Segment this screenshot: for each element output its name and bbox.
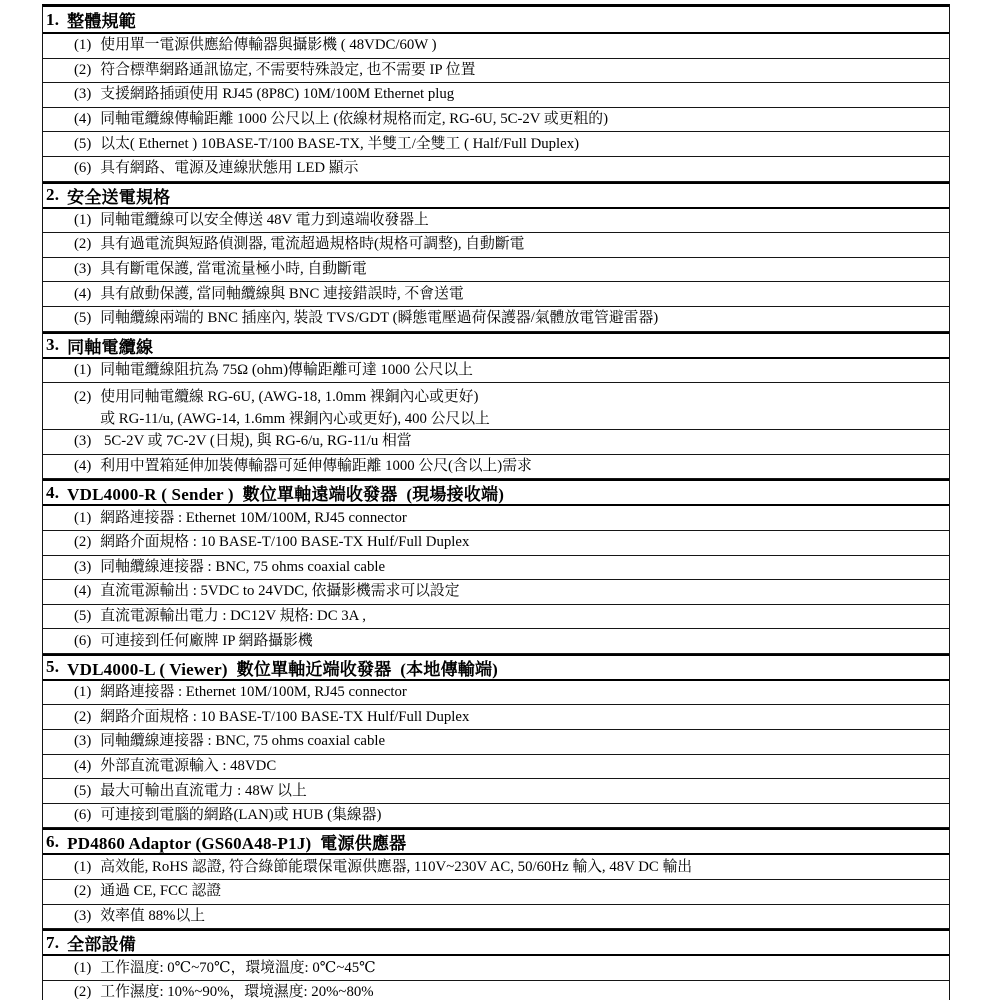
item-number: (3) (74, 731, 91, 752)
item-text: 效率值 88%以上 (100, 906, 205, 927)
item-number: (2) (74, 707, 91, 728)
spec-item-row: (2)網路介面規格 : 10 BASE-T/100 BASE-TX Hulf/F… (43, 705, 949, 730)
spec-section: 2.安全送電規格(1)同軸電纜線可以安全傳送 48V 電力到遠端收發器上(2)具… (43, 182, 949, 332)
item-text: 網路介面規格 : 10 BASE-T/100 BASE-TX Hulf/Full… (100, 532, 469, 553)
spec-item-row: (2)使用同軸電纜線 RG-6U, (AWG-18, 1.0mm 裸銅內心或更好… (43, 383, 949, 430)
spec-item-row: (4)利用中置箱延伸加裝傳輸器可延伸傳輸距離 1000 公尺(含以上)需求 (43, 455, 949, 480)
section-number: 3. (46, 335, 59, 355)
section-number: 2. (46, 185, 59, 205)
item-number: (2) (74, 982, 91, 1000)
spec-item-row: (3)具有斷電保護, 當電流量極小時, 自動斷電 (43, 258, 949, 283)
item-text: 直流電源輸出 : 5VDC to 24VDC, 依攝影機需求可以設定 (100, 581, 459, 602)
item-text: 最大可輸出直流電力 : 48W 以上 (100, 781, 306, 802)
item-text: 外部直流電源輸入 : 48VDC (100, 756, 276, 777)
section-number: 6. (46, 832, 59, 852)
item-number: (3) (74, 259, 91, 280)
spec-section: 5.VDL4000-L ( Viewer) 數位單軸近端收發器 (本地傳輸端)(… (43, 654, 949, 829)
item-number: (5) (74, 606, 91, 627)
section-title: 整體規範 (67, 7, 136, 32)
spec-item-row: (4)外部直流電源輸入 : 48VDC (43, 755, 949, 780)
item-text: 以太( Ethernet ) 10BASE-T/100 BASE-TX, 半雙工… (100, 134, 579, 155)
spec-section: 4.VDL4000-R ( Sender ) 數位單軸遠端收發器 (現場接收端)… (43, 479, 949, 654)
spec-item-row: (6)具有網路、電源及連線狀態用 LED 顯示 (43, 157, 949, 182)
item-text: 同軸電纜線可以安全傳送 48V 電力到遠端收發器上 (100, 210, 429, 231)
item-number: (1) (74, 958, 91, 979)
spec-item-row: (5)直流電源輸出電力 : DC12V 規格: DC 3A , (43, 605, 949, 630)
item-number: (3) (74, 557, 91, 578)
spec-item-row: (3)同軸纜線連接器 : BNC, 75 ohms coaxial cable (43, 556, 949, 581)
item-number: (3) (74, 84, 91, 105)
item-number: (2) (74, 881, 91, 902)
spec-section: 7.全部設備(1)工作溫度: 0℃~70℃，環境溫度: 0℃~45℃(2)工作濕… (43, 929, 949, 1000)
section-header: 4.VDL4000-R ( Sender ) 數位單軸遠端收發器 (現場接收端) (43, 479, 949, 506)
section-header: 3.同軸電纜線 (43, 332, 949, 359)
section-header: 1.整體規範 (43, 7, 949, 34)
item-text: 直流電源輸出電力 : DC12V 規格: DC 3A , (100, 606, 366, 627)
item-number: (1) (74, 508, 91, 529)
spec-item-row: (3)效率值 88%以上 (43, 905, 949, 930)
spec-section: 6.PD4860 Adaptor (GS60A48-P1J) 電源供應器(1)高… (43, 828, 949, 929)
item-number: (1) (74, 682, 91, 703)
item-number: (1) (74, 210, 91, 231)
item-number: (2) (74, 234, 91, 255)
section-header: 5.VDL4000-L ( Viewer) 數位單軸近端收發器 (本地傳輸端) (43, 654, 949, 681)
spec-item-row: (4)同軸電纜線傳輸距離 1000 公尺以上 (依線材規格而定, RG-6U, … (43, 108, 949, 133)
item-text: 符合標準網路通訊協定, 不需要特殊設定, 也不需要 IP 位置 (100, 60, 475, 81)
item-number: (5) (74, 308, 91, 329)
spec-item-row: (2)具有過電流與短路偵測器, 電流超過規格時(規格可調整), 自動斷電 (43, 233, 949, 258)
section-header: 2.安全送電規格 (43, 182, 949, 209)
item-text: 通過 CE, FCC 認證 (100, 881, 221, 902)
item-text: 同軸纜線連接器 : BNC, 75 ohms coaxial cable (100, 557, 385, 578)
item-text: 高效能, RoHS 認證, 符合綠節能環保電源供應器, 110V~230V AC… (100, 857, 692, 878)
section-title: PD4860 Adaptor (GS60A48-P1J) 電源供應器 (67, 829, 406, 854)
item-text: 網路連接器 : Ethernet 10M/100M, RJ45 connecto… (100, 508, 407, 529)
spec-item-row: (1)使用單一電源供應給傳輸器與攝影機 ( 48VDC/60W ) (43, 34, 949, 59)
item-number: (4) (74, 109, 91, 130)
section-number: 4. (46, 483, 59, 503)
spec-item-row: (3)同軸纜線連接器 : BNC, 75 ohms coaxial cable (43, 730, 949, 755)
item-number: (6) (74, 158, 91, 179)
spec-item-row: (2)工作濕度: 10%~90%，環境濕度: 20%~80% (43, 981, 949, 1000)
item-text: 具有斷電保護, 當電流量極小時, 自動斷電 (100, 259, 366, 280)
item-number: (6) (74, 805, 91, 826)
item-number: (1) (74, 35, 91, 56)
spec-item-row: (2)符合標準網路通訊協定, 不需要特殊設定, 也不需要 IP 位置 (43, 59, 949, 84)
item-number: (3) (74, 906, 91, 927)
spec-table: 1.整體規範(1)使用單一電源供應給傳輸器與攝影機 ( 48VDC/60W )(… (42, 4, 950, 1000)
item-number: (4) (74, 581, 91, 602)
spec-item-row: (1)網路連接器 : Ethernet 10M/100M, RJ45 conne… (43, 506, 949, 531)
item-text: 5C-2V 或 7C-2V (日規), 與 RG-6/u, RG-11/u 相當 (100, 431, 411, 452)
spec-item-row: (5)以太( Ethernet ) 10BASE-T/100 BASE-TX, … (43, 132, 949, 157)
section-number: 5. (46, 657, 59, 677)
spec-item-row: (6)可連接到電腦的網路(LAN)或 HUB (集線器) (43, 804, 949, 829)
spec-item-row: (3) 5C-2V 或 7C-2V (日規), 與 RG-6/u, RG-11/… (43, 430, 949, 455)
spec-document-page: 1.整體規範(1)使用單一電源供應給傳輸器與攝影機 ( 48VDC/60W )(… (0, 0, 1000, 1000)
item-number: (1) (74, 857, 91, 878)
spec-section: 3.同軸電纜線(1)同軸電纜線阻抗為 75Ω (ohm)傳輸距離可達 1000 … (43, 332, 949, 480)
item-text: 網路介面規格 : 10 BASE-T/100 BASE-TX Hulf/Full… (100, 707, 469, 728)
section-header: 7.全部設備 (43, 929, 949, 956)
section-title: VDL4000-R ( Sender ) 數位單軸遠端收發器 (現場接收端) (67, 480, 504, 505)
item-number: (1) (74, 360, 91, 381)
spec-item-row: (2)網路介面規格 : 10 BASE-T/100 BASE-TX Hulf/F… (43, 531, 949, 556)
spec-item-row: (4)直流電源輸出 : 5VDC to 24VDC, 依攝影機需求可以設定 (43, 580, 949, 605)
item-text: 具有啟動保護, 當同軸纜線與 BNC 連接錯誤時, 不會送電 (100, 284, 463, 305)
spec-item-row: (1)同軸電纜線可以安全傳送 48V 電力到遠端收發器上 (43, 209, 949, 234)
item-text: 支援網路插頭使用 RJ45 (8P8C) 10M/100M Ethernet p… (100, 84, 454, 105)
item-text: 使用同軸電纜線 RG-6U, (AWG-18, 1.0mm 裸銅內心或更好) 或… (100, 386, 490, 430)
spec-item-row: (1)同軸電纜線阻抗為 75Ω (ohm)傳輸距離可達 1000 公尺以上 (43, 359, 949, 384)
item-text: 同軸纜線連接器 : BNC, 75 ohms coaxial cable (100, 731, 385, 752)
item-text: 網路連接器 : Ethernet 10M/100M, RJ45 connecto… (100, 682, 407, 703)
section-title: VDL4000-L ( Viewer) 數位單軸近端收發器 (本地傳輸端) (67, 655, 498, 680)
item-text: 可連接到電腦的網路(LAN)或 HUB (集線器) (100, 805, 381, 826)
spec-item-row: (4)具有啟動保護, 當同軸纜線與 BNC 連接錯誤時, 不會送電 (43, 282, 949, 307)
item-text: 工作溫度: 0℃~70℃，環境溫度: 0℃~45℃ (100, 958, 375, 979)
item-number: (5) (74, 781, 91, 802)
spec-item-row: (1)工作溫度: 0℃~70℃，環境溫度: 0℃~45℃ (43, 956, 949, 981)
section-header: 6.PD4860 Adaptor (GS60A48-P1J) 電源供應器 (43, 828, 949, 855)
item-number: (6) (74, 631, 91, 652)
spec-item-row: (1)高效能, RoHS 認證, 符合綠節能環保電源供應器, 110V~230V… (43, 855, 949, 880)
spec-item-row: (3)支援網路插頭使用 RJ45 (8P8C) 10M/100M Etherne… (43, 83, 949, 108)
item-text: 可連接到任何廠牌 IP 網路攝影機 (100, 631, 312, 652)
spec-item-row: (6)可連接到任何廠牌 IP 網路攝影機 (43, 629, 949, 654)
spec-item-row: (1)網路連接器 : Ethernet 10M/100M, RJ45 conne… (43, 681, 949, 706)
spec-section: 1.整體規範(1)使用單一電源供應給傳輸器與攝影機 ( 48VDC/60W )(… (43, 7, 949, 182)
spec-item-row: (5)最大可輸出直流電力 : 48W 以上 (43, 779, 949, 804)
item-number: (2) (74, 386, 91, 408)
section-title: 同軸電纜線 (67, 333, 153, 358)
item-text: 工作濕度: 10%~90%，環境濕度: 20%~80% (100, 982, 373, 1000)
section-number: 7. (46, 933, 59, 953)
item-number: (5) (74, 134, 91, 155)
item-text: 使用單一電源供應給傳輸器與攝影機 ( 48VDC/60W ) (100, 35, 436, 56)
item-text: 利用中置箱延伸加裝傳輸器可延伸傳輸距離 1000 公尺(含以上)需求 (100, 456, 532, 477)
item-number: (4) (74, 756, 91, 777)
item-text: 具有網路、電源及連線狀態用 LED 顯示 (100, 158, 358, 179)
item-text: 具有過電流與短路偵測器, 電流超過規格時(規格可調整), 自動斷電 (100, 234, 524, 255)
item-number: (3) (74, 431, 91, 452)
spec-item-row: (5)同軸纜線兩端的 BNC 插座內, 裝設 TVS/GDT (瞬態電壓過荷保護… (43, 307, 949, 332)
item-text: 同軸電纜線傳輸距離 1000 公尺以上 (依線材規格而定, RG-6U, 5C-… (100, 109, 608, 130)
section-title: 安全送電規格 (67, 183, 170, 208)
item-number: (2) (74, 532, 91, 553)
section-title: 全部設備 (67, 930, 136, 955)
section-number: 1. (46, 10, 59, 30)
item-number: (4) (74, 456, 91, 477)
item-text: 同軸纜線兩端的 BNC 插座內, 裝設 TVS/GDT (瞬態電壓過荷保護器/氣… (100, 308, 658, 329)
item-number: (2) (74, 60, 91, 81)
spec-item-row: (2)通過 CE, FCC 認證 (43, 880, 949, 905)
item-text: 同軸電纜線阻抗為 75Ω (ohm)傳輸距離可達 1000 公尺以上 (100, 360, 473, 381)
item-number: (4) (74, 284, 91, 305)
